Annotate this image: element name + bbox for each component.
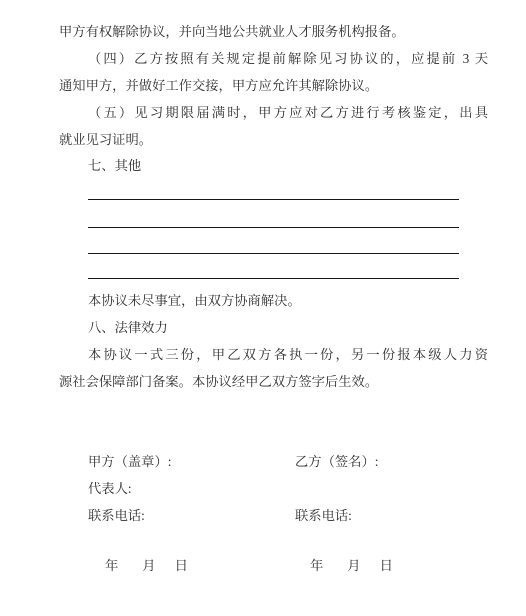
party-b-date-line: 年月日 [310,552,393,579]
party-a-phone-label: 联系电话: [88,502,145,529]
signature-row-dates: 年月日 年月日 [0,552,526,579]
party-a-seal-label: 甲方（盖章）: [88,448,171,475]
blank-fill-line [88,227,459,228]
paragraph-unresolved: 本协议未尽事宜，由双方协商解决。 [59,287,488,314]
blank-fill-line [88,199,459,200]
paragraph-clause-five: （五）见习期限届满时，甲方应对乙方进行考核鉴定，出具 就业见习证明。 [59,99,488,153]
signature-row-parties: 甲方（盖章）: 乙方（签名）: [0,448,526,475]
paragraph-legal-effect: 本协议一式三份，甲乙双方各执一份，另一份报本级人力资 源社会保障部门备案。本协议… [59,341,488,395]
paragraph-line: 源社会保障部门备案。本协议经甲乙双方签字后生效。 [59,368,488,395]
day-label: 日 [175,558,188,573]
representative-label: 代表人: [88,475,132,502]
agreement-document-page: 甲方有权解除协议，并向当地公共就业人才服务机构报备。 （四）乙方按照有关规定提前… [0,0,526,616]
blank-fill-line [88,253,459,254]
party-b-signature-label: 乙方（签名）: [295,448,378,475]
section-seven-heading: 七、其他 [59,152,488,179]
signature-row-representative: 代表人: [0,475,526,502]
day-label: 日 [380,558,393,573]
paragraph-line: 本协议一式三份，甲乙双方各执一份，另一份报本级人力资 [59,341,488,368]
paragraph-line: 通知甲方，并做好工作交接，甲方应允许其解除协议。 [59,72,488,99]
signature-row-phones: 联系电话: 联系电话: [0,502,526,529]
paragraph-report-clause: 甲方有权解除协议，并向当地公共就业人才服务机构报备。 [59,18,488,45]
paragraph-clause-four: （四）乙方按照有关规定提前解除见习协议的，应提前 3 天 通知甲方，并做好工作交… [59,45,488,99]
year-label: 年 [105,558,118,573]
section-title: 八、法律效力 [59,314,488,341]
paragraph-line: 本协议未尽事宜，由双方协商解决。 [59,287,488,314]
party-b-phone-label: 联系电话: [295,502,352,529]
paragraph-line: （五）见习期限届满时，甲方应对乙方进行考核鉴定，出具 [59,99,488,126]
year-label: 年 [310,558,323,573]
section-eight-heading: 八、法律效力 [59,314,488,341]
party-a-date-line: 年月日 [105,552,188,579]
paragraph-line: 甲方有权解除协议，并向当地公共就业人才服务机构报备。 [59,18,488,45]
paragraph-line: 就业见习证明。 [59,126,488,153]
blank-fill-line [88,278,459,279]
month-label: 月 [142,558,155,573]
month-label: 月 [347,558,360,573]
section-title: 七、其他 [59,152,488,179]
paragraph-line: （四）乙方按照有关规定提前解除见习协议的，应提前 3 天 [59,45,488,72]
